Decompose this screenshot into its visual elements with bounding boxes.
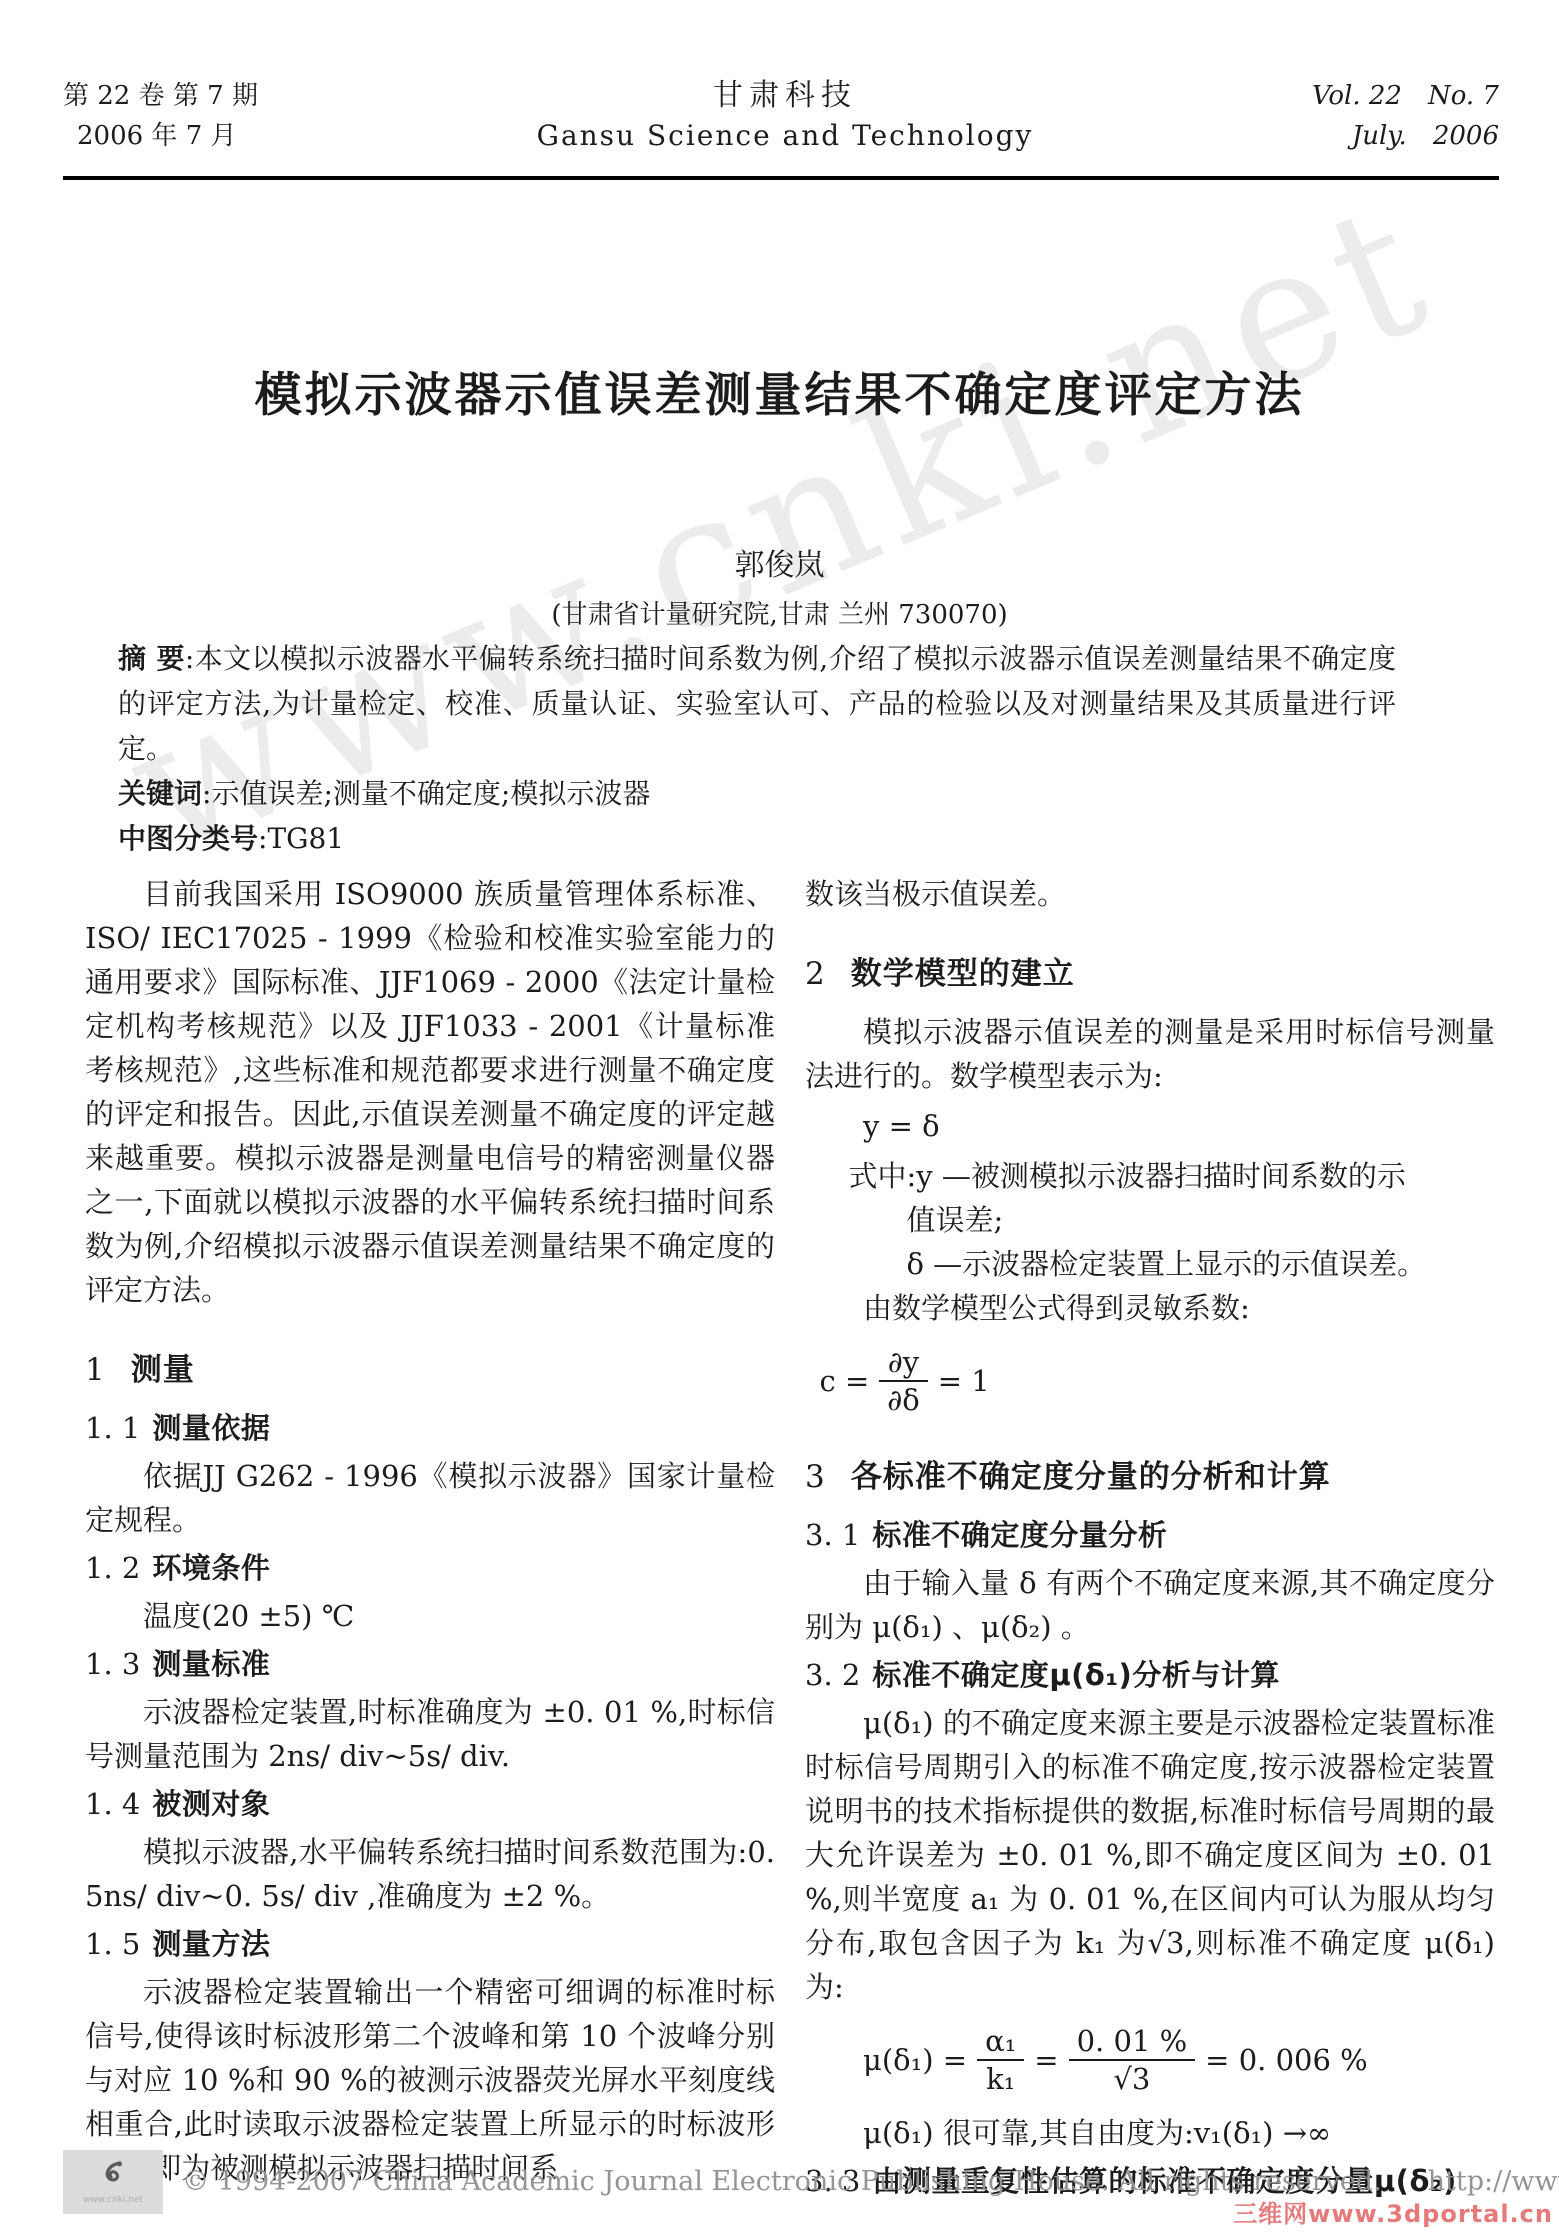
- u1-lhs: μ(δ₁) =: [863, 2038, 967, 2082]
- section-1-3-title: 测量标准: [152, 1647, 270, 1681]
- sensitivity-rhs: = 1: [938, 1359, 990, 1403]
- section-1-4-heading: 1. 4被测对象: [85, 1782, 775, 1826]
- section-1-1-title: 测量依据: [152, 1411, 270, 1445]
- body-columns: 目前我国采用 ISO9000 族质量管理体系标准、ISO/ IEC17025 -…: [85, 872, 1495, 2207]
- section-3-2-number: 3. 2: [805, 1658, 860, 1692]
- footer-copyright-line: © 1994-2007 China Academic Journal Elect…: [182, 2166, 1492, 2197]
- section-1-5-title: 测量方法: [152, 1927, 270, 1961]
- section-1-4-number: 1. 4: [85, 1787, 140, 1821]
- abstract-label: 摘 要: [118, 642, 185, 675]
- intro-paragraph: 目前我国采用 ISO9000 族质量管理体系标准、ISO/ IEC17025 -…: [85, 872, 775, 1312]
- section-1-5-heading: 1. 5测量方法: [85, 1922, 775, 1966]
- section-3-1-number: 3. 1: [805, 1518, 860, 1552]
- section-1-3-number: 1. 3: [85, 1647, 140, 1681]
- clc-text: :TG81: [258, 822, 344, 855]
- where-line-3: δ —示波器检定装置上显示的示值误差。: [907, 1242, 1496, 1286]
- section-1-2-number: 1. 2: [85, 1551, 140, 1585]
- left-column: 目前我国采用 ISO9000 族质量管理体系标准、ISO/ IEC17025 -…: [85, 872, 775, 2207]
- abstract-text: :本文以模拟示波器水平偏转系统扫描时间系数为例,介绍了模拟示波器示值误差测量结果…: [118, 642, 1396, 765]
- section-1-title: 测量: [131, 1352, 195, 1388]
- section-3-2-title: 标准不确定度μ(δ₁)分析与计算: [872, 1658, 1279, 1692]
- u1-fraction-1: α₁ k₁: [977, 2023, 1024, 2098]
- section-1-5-number: 1. 5: [85, 1927, 140, 1961]
- cnki-logo: www.cnki.net: [63, 2150, 163, 2214]
- section-2-heading: 2数学模型的建立: [805, 950, 1495, 998]
- section-3-number: 3: [805, 1459, 825, 1495]
- sensitivity-equation: c = ∂y ∂δ = 1: [820, 1344, 1496, 1419]
- section-1-1-body: 依据JJ G262 - 1996《模拟示波器》国家计量检定规程。: [85, 1454, 775, 1542]
- paper-author: 郭俊岚: [0, 540, 1559, 584]
- sensitivity-fraction: ∂y ∂δ: [879, 1344, 927, 1419]
- section-2-paragraph-1: 模拟示波器示值误差的测量是采用时标信号测量法进行的。数学模型表示为:: [805, 1010, 1495, 1098]
- u1-fraction-1-denominator: k₁: [977, 2061, 1024, 2097]
- issue-cn: 第 22 卷 第 7 期: [63, 76, 258, 116]
- where-line-2: 值误差;: [907, 1198, 1496, 1242]
- header-rule: [63, 176, 1499, 180]
- no-en: No. 7: [1428, 81, 1499, 111]
- section-1-2-heading: 1. 2环境条件: [85, 1546, 775, 1590]
- u1-fraction-1-numerator: α₁: [977, 2023, 1024, 2061]
- section-3-2-heading: 3. 2标准不确定度μ(δ₁)分析与计算: [805, 1653, 1495, 1697]
- section-2-title: 数学模型的建立: [851, 956, 1075, 992]
- section-3-title: 各标准不确定度分量的分析和计算: [851, 1459, 1331, 1495]
- year-en: 2006: [1433, 121, 1499, 151]
- sensitivity-lhs: c =: [820, 1359, 870, 1403]
- section-3-1-heading: 3. 1标准不确定度分量分析: [805, 1513, 1495, 1557]
- journal-name-block: 甘肃科技 Gansu Science and Technology: [537, 76, 1034, 156]
- copyright-text: © 1994-2007 China Academic Journal Elect…: [182, 2166, 1382, 2197]
- month-en: July.: [1352, 121, 1407, 151]
- where-line-1: 式中:y —被测模拟示波器扫描时间系数的示: [849, 1154, 1496, 1198]
- clc-label: 中图分类号: [118, 822, 258, 855]
- keywords-text: :示值误差;测量不确定度;模拟示波器: [202, 777, 650, 810]
- cnki-logo-caption: www.cnki.net: [83, 2195, 143, 2205]
- journal-name-cn: 甘肃科技: [537, 76, 1034, 116]
- cnki-url: http://www.cnki.net: [1428, 2166, 1559, 2197]
- u1-fraction-2-numerator: 0. 01 %: [1069, 2023, 1196, 2061]
- section-3-1-body: 由于输入量 δ 有两个不确定度来源,其不确定度分别为 μ(δ₁) 、μ(δ₂) …: [805, 1561, 1495, 1649]
- section-3-1-title: 标准不确定度分量分析: [872, 1518, 1167, 1552]
- 3dportal-watermark: 三维网www.3dportal.cn: [1233, 2194, 1553, 2229]
- model-equation: y = δ: [863, 1104, 1495, 1148]
- paper-affiliation: (甘肃省计量研究院,甘肃 兰州 730070): [0, 594, 1559, 631]
- section-2-number: 2: [805, 956, 825, 992]
- section-1-3-heading: 1. 3测量标准: [85, 1642, 775, 1686]
- keywords-label: 关键词: [118, 777, 202, 810]
- section-1-4-body: 模拟示波器,水平偏转系统扫描时间系数范围为:0. 5ns/ div~0. 5s/…: [85, 1830, 775, 1918]
- abstract-row: 摘 要:本文以模拟示波器水平偏转系统扫描时间系数为例,介绍了模拟示波器示值误差测…: [118, 636, 1396, 771]
- vol-en: Vol. 22: [1312, 81, 1402, 111]
- u1-fraction-2: 0. 01 % √3: [1069, 2023, 1196, 2098]
- section-1-1-number: 1. 1: [85, 1411, 140, 1445]
- u1-equation: μ(δ₁) = α₁ k₁ = 0. 01 % √3 = 0. 006 %: [863, 2023, 1495, 2098]
- date-cn: 2006 年 7 月: [63, 116, 258, 156]
- section-2-paragraph-2: 由数学模型公式得到灵敏系数:: [805, 1286, 1495, 1330]
- clc-row: 中图分类号:TG81: [118, 816, 1396, 861]
- continuation-line: 数该当极示值误差。: [805, 872, 1495, 916]
- section-3-heading: 3各标准不确定度分量的分析和计算: [805, 1453, 1495, 1501]
- u1-rhs: = 0. 006 %: [1205, 2038, 1368, 2082]
- u1-fraction-2-denominator: √3: [1069, 2061, 1196, 2097]
- section-1-5-body: 示波器检定装置输出一个精密可细调的标准时标信号,使得该时标波形第二个波峰和第 1…: [85, 1970, 775, 2190]
- sensitivity-denominator: ∂δ: [879, 1382, 927, 1418]
- paper-title: 模拟示波器示值误差测量结果不确定度评定方法: [0, 358, 1559, 425]
- u1-equals: =: [1034, 2038, 1058, 2082]
- keywords-row: 关键词:示值误差;测量不确定度;模拟示波器: [118, 771, 1396, 816]
- section-1-heading: 1测量: [85, 1346, 775, 1394]
- section-1-1-heading: 1. 1测量依据: [85, 1406, 775, 1450]
- section-3-2-body: μ(δ₁) 的不确定度来源主要是示波器检定装置标准时标信号周期引入的标准不确定度…: [805, 1701, 1495, 2009]
- section-1-2-body: 温度(20 ±5) ℃: [85, 1594, 775, 1638]
- header-issue-block: 第 22 卷 第 7 期 2006 年 7 月: [63, 76, 258, 156]
- section-1-3-body: 示波器检定装置,时标准确度为 ±0. 01 %,时标信号测量范围为 2ns/ d…: [85, 1690, 775, 1778]
- section-1-4-title: 被测对象: [152, 1787, 270, 1821]
- journal-header: 第 22 卷 第 7 期 2006 年 7 月 甘肃科技 Gansu Scien…: [63, 76, 1499, 156]
- freedom-note: μ(δ₁) 很可靠,其自由度为:v₁(δ₁) →∞: [805, 2111, 1495, 2155]
- cnki-swirl-icon: [96, 2159, 130, 2193]
- paper-page: www.cnki.net 第 22 卷 第 7 期 2006 年 7 月 甘肃科…: [0, 0, 1559, 2234]
- section-1-2-title: 环境条件: [152, 1551, 270, 1585]
- sensitivity-numerator: ∂y: [879, 1344, 927, 1382]
- right-column: 数该当极示值误差。 2数学模型的建立 模拟示波器示值误差的测量是采用时标信号测量…: [805, 872, 1495, 2207]
- header-vol-block: Vol. 22No. 7 July.2006: [1312, 76, 1499, 156]
- section-1-number: 1: [85, 1352, 105, 1388]
- journal-name-en: Gansu Science and Technology: [537, 116, 1034, 156]
- front-matter: 摘 要:本文以模拟示波器水平偏转系统扫描时间系数为例,介绍了模拟示波器示值误差测…: [118, 636, 1396, 861]
